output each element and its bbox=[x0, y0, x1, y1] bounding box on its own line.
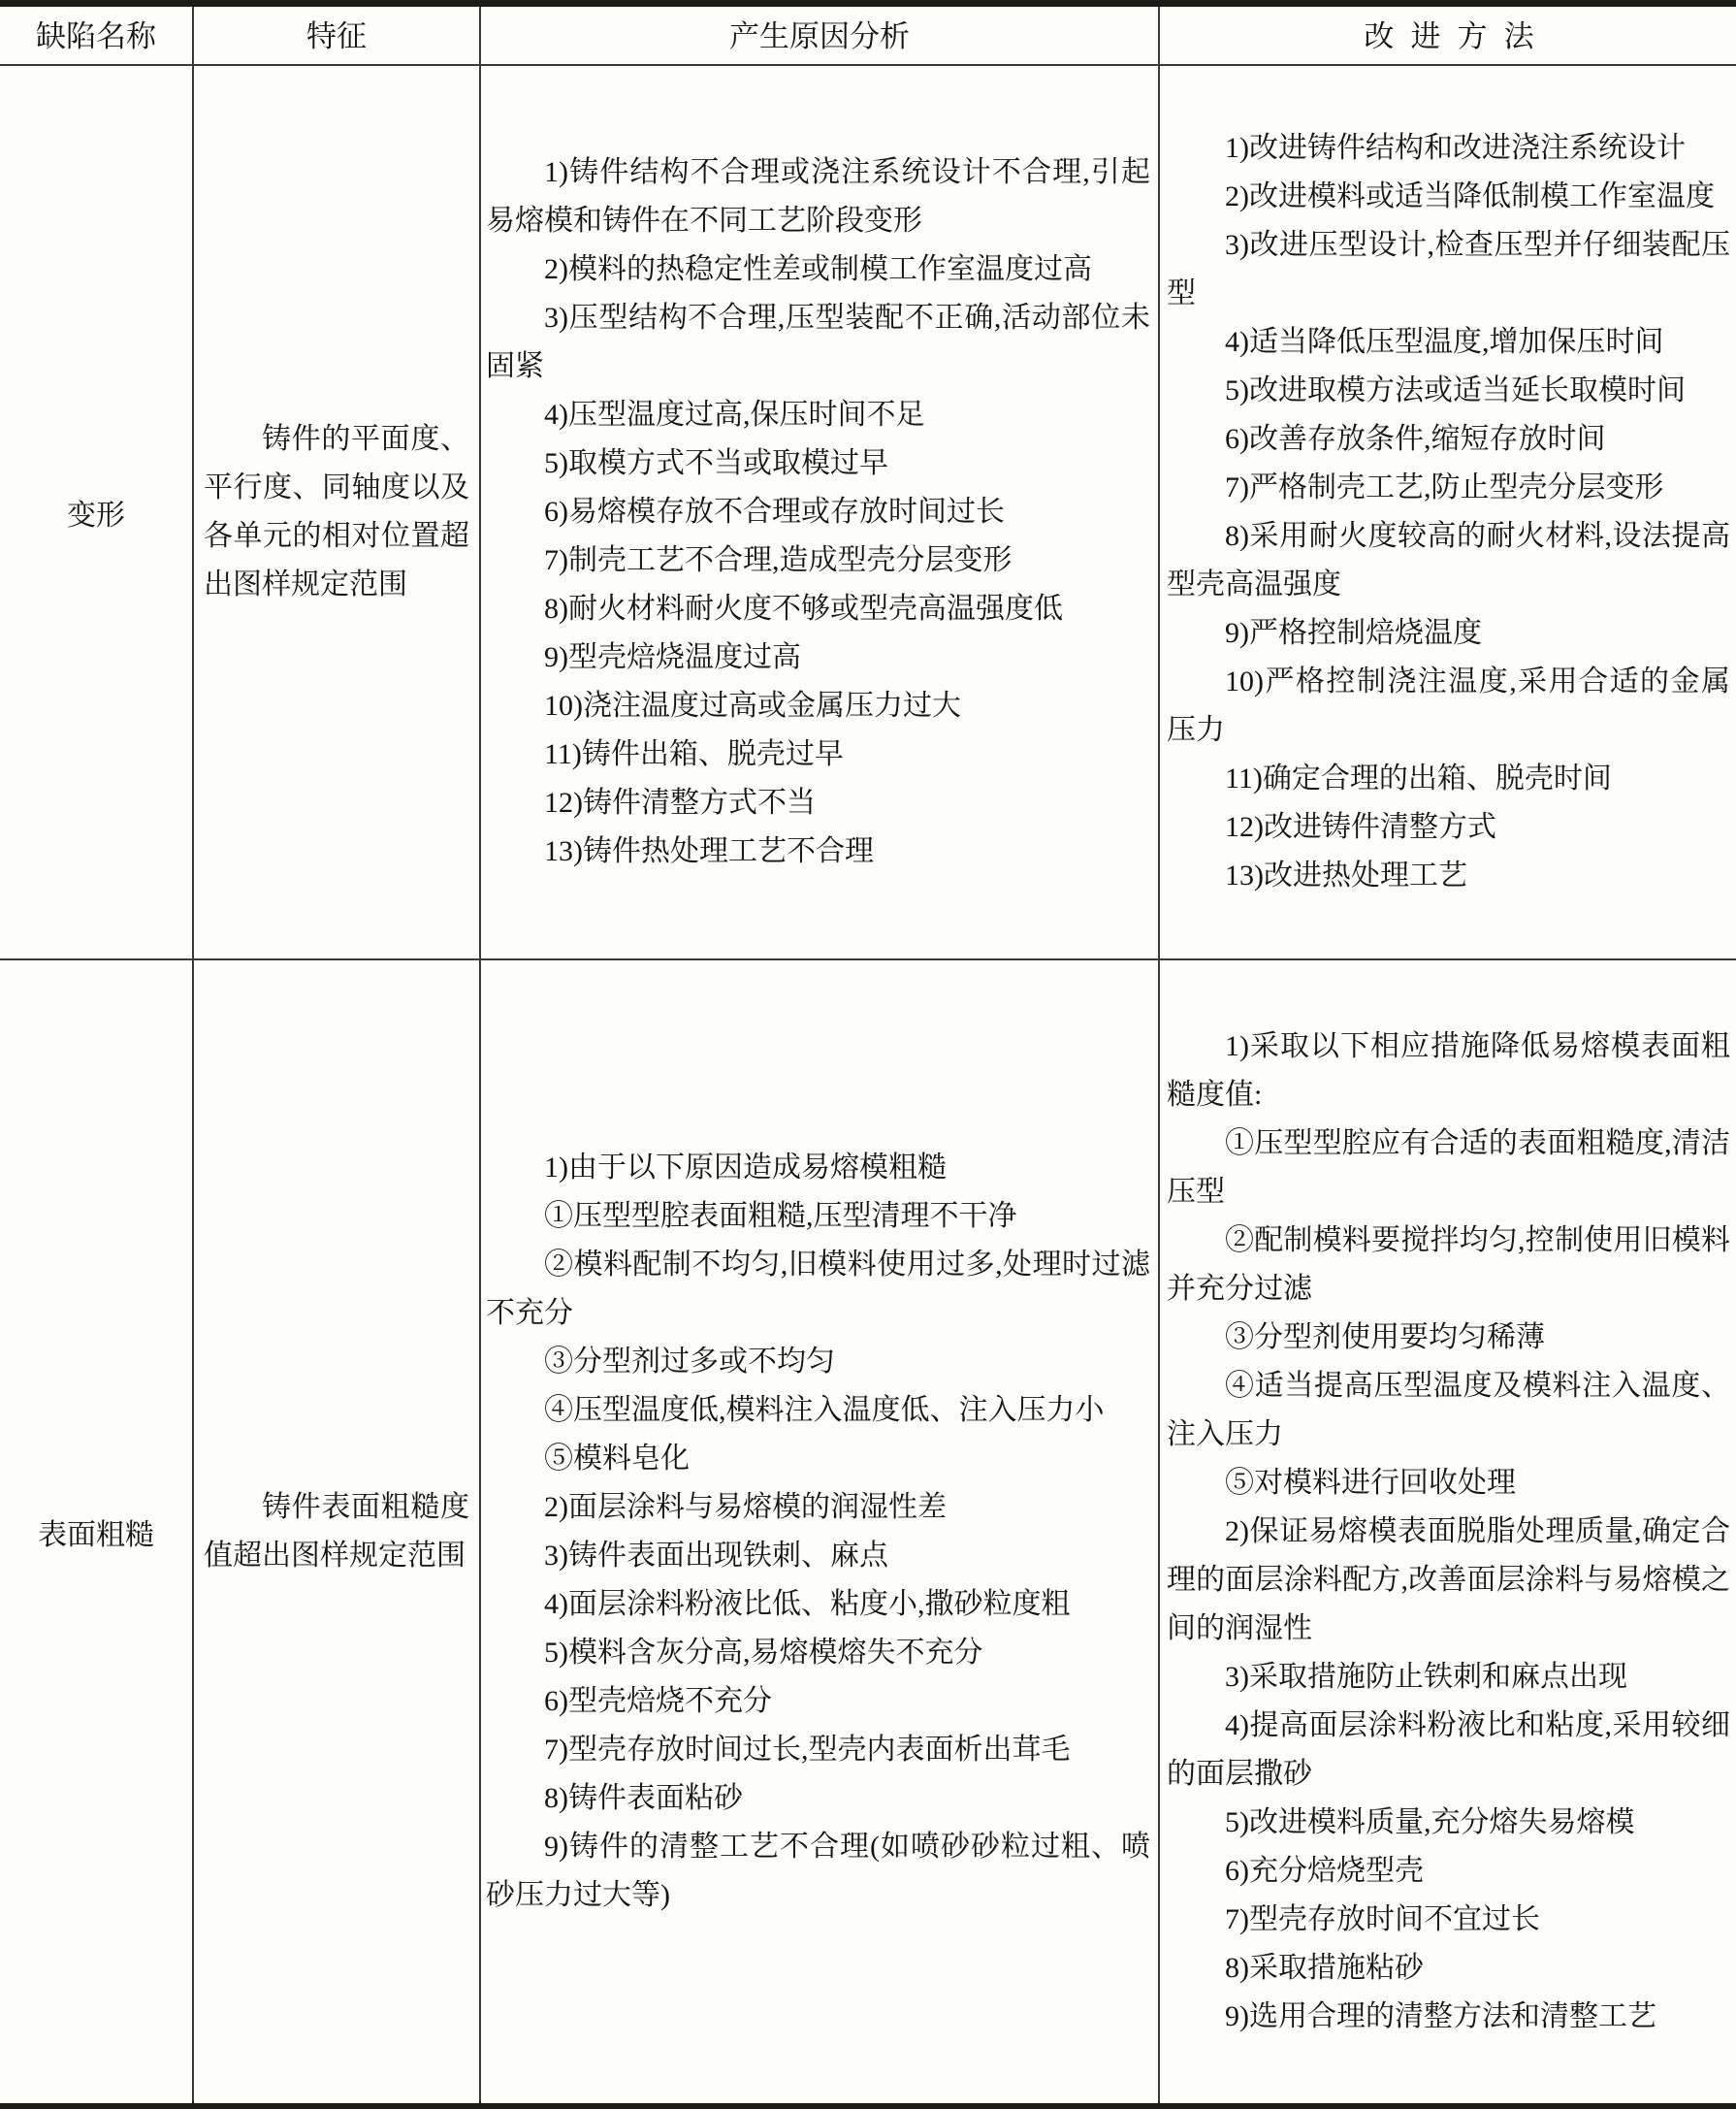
cell-paragraph: ①压型型腔应有合适的表面粗糙度,清洁压型 bbox=[1167, 1119, 1730, 1217]
row-rough-surface-improvements-cell: 1)采取以下相应措施降低易熔模表面粗糙度值:①压型型腔应有合适的表面粗糙度,清洁… bbox=[1160, 960, 1736, 2103]
cell-paragraph: 3)采取措施防止铁刺和麻点出现 bbox=[1167, 1653, 1730, 1702]
header-cause-analysis: 产生原因分析 bbox=[481, 7, 1158, 64]
cell-paragraph: 5)改进模料质量,充分熔失易熔模 bbox=[1167, 1799, 1730, 1847]
cell-paragraph: 6)型壳焙烧不充分 bbox=[486, 1677, 1150, 1726]
cell-paragraph: 8)采用耐火度较高的耐火材料,设法提高型壳高温强度 bbox=[1167, 512, 1730, 609]
row-deformation-name-cell: 变形 bbox=[0, 66, 192, 958]
row-deformation-causes-cell: 1)铸件结构不合理或浇注系统设计不合理,引起易熔模和铸件在不同工艺阶段变形2)模… bbox=[481, 66, 1158, 958]
cell-paragraph: 2)面层涂料与易熔模的润湿性差 bbox=[486, 1483, 1150, 1532]
cell-paragraph: ③分型剂过多或不均匀 bbox=[486, 1338, 1150, 1386]
cell-paragraph: 3)压型结构不合理,压型装配不正确,活动部位未固紧 bbox=[486, 294, 1150, 391]
cell-paragraph: 7)制壳工艺不合理,造成型壳分层变形 bbox=[486, 536, 1150, 585]
row-rough-surface-causes-cell: 1)由于以下原因造成易熔模粗糙①压型型腔表面粗糙,压型清理不干净②模料配制不均匀… bbox=[481, 960, 1158, 2103]
cell-paragraph: 2)改进模料或适当降低制模工作室温度 bbox=[1167, 173, 1730, 221]
header-improvement-label: 改进方法 bbox=[1347, 21, 1550, 51]
defect-name: 表面粗糙 bbox=[38, 1510, 154, 1553]
cell-paragraph: 6)改善存放条件,缩短存放时间 bbox=[1167, 415, 1730, 464]
cell-paragraph: ④压型温度低,模料注入温度低、注入压力小 bbox=[486, 1386, 1150, 1435]
cell-paragraph: 10)严格控制浇注温度,采用合适的金属压力 bbox=[1167, 658, 1730, 755]
cell-paragraph: 7)严格制壳工艺,防止型壳分层变形 bbox=[1167, 464, 1730, 512]
defect-name: 变形 bbox=[67, 491, 125, 534]
cell-paragraph: ②配制模料要搅拌均匀,控制使用旧模料并充分过滤 bbox=[1167, 1217, 1730, 1314]
cell-paragraph: 8)耐火材料耐火度不够或型壳高温强度低 bbox=[486, 585, 1150, 633]
cell-paragraph: 4)压型温度过高,保压时间不足 bbox=[486, 391, 1150, 439]
cell-paragraph: 10)浇注温度过高或金属压力过大 bbox=[486, 682, 1150, 730]
cell-paragraph: 1)铸件结构不合理或浇注系统设计不合理,引起易熔模和铸件在不同工艺阶段变形 bbox=[486, 148, 1150, 245]
cell-paragraph: ①压型型腔表面粗糙,压型清理不干净 bbox=[486, 1192, 1150, 1241]
cell-paragraph: ③分型剂使用要均匀稀薄 bbox=[1167, 1314, 1730, 1362]
row-deformation-improvements-cell: 1)改进铸件结构和改进浇注系统设计2)改进模料或适当降低制模工作室温度3)改进压… bbox=[1160, 66, 1736, 958]
feature-text: 铸件的平面度、平行度、同轴度以及各单元的相对位置超出图样规定范围 bbox=[204, 415, 469, 609]
row-rough-surface-feature-cell: 铸件表面粗糙度值超出图样规定范围 bbox=[194, 960, 479, 2103]
cell-paragraph: 13)改进热处理工艺 bbox=[1167, 852, 1730, 900]
cell-paragraph: 7)型壳存放时间不宜过长 bbox=[1167, 1896, 1730, 1944]
cell-paragraph: 9)严格控制焙烧温度 bbox=[1167, 609, 1730, 658]
cell-paragraph: 3)铸件表面出现铁刺、麻点 bbox=[486, 1532, 1150, 1580]
header-feature-label: 特征 bbox=[306, 21, 367, 51]
cell-paragraph: 9)型壳焙烧温度过高 bbox=[486, 633, 1150, 682]
cell-paragraph: 2)模料的热稳定性差或制模工作室温度过高 bbox=[486, 245, 1150, 294]
cell-paragraph: 8)采取措施粘砂 bbox=[1167, 1944, 1730, 1993]
cell-paragraph: 3)改进压型设计,检查压型并仔细装配压型 bbox=[1167, 221, 1730, 318]
cell-paragraph: ④适当提高压型温度及模料注入温度、注入压力 bbox=[1167, 1362, 1730, 1459]
header-defect-name-label: 缺陷名称 bbox=[36, 21, 156, 51]
header-improvement: 改进方法 bbox=[1160, 7, 1736, 64]
cell-paragraph: 4)适当降低压型温度,增加保压时间 bbox=[1167, 318, 1730, 367]
defects-table: 缺陷名称 特征 产生原因分析 改进方法 变形 铸件的平面度、平行度、同轴度以及各… bbox=[0, 0, 1736, 2109]
cell-paragraph: 9)选用合理的清整方法和清整工艺 bbox=[1167, 1993, 1730, 2041]
cell-paragraph: ⑤对模料进行回收处理 bbox=[1167, 1459, 1730, 1508]
cell-paragraph: 11)铸件出箱、脱壳过早 bbox=[486, 730, 1150, 779]
cell-paragraph: 1)改进铸件结构和改进浇注系统设计 bbox=[1167, 124, 1730, 173]
header-cause-analysis-label: 产生原因分析 bbox=[729, 21, 910, 51]
cell-paragraph: 2)保证易熔模表面脱脂处理质量,确定合理的面层涂料配方,改善面层涂料与易熔模之间… bbox=[1167, 1508, 1730, 1653]
cell-paragraph: ⑤模料皂化 bbox=[486, 1435, 1150, 1483]
cell-paragraph: 1)采取以下相应措施降低易熔模表面粗糙度值: bbox=[1167, 1022, 1730, 1119]
cell-paragraph: 1)由于以下原因造成易熔模粗糙 bbox=[486, 1144, 1150, 1192]
cell-paragraph: 6)充分焙烧型壳 bbox=[1167, 1847, 1730, 1896]
row-deformation-feature-cell: 铸件的平面度、平行度、同轴度以及各单元的相对位置超出图样规定范围 bbox=[194, 66, 479, 958]
cell-paragraph: 11)确定合理的出箱、脱壳时间 bbox=[1167, 755, 1730, 803]
cell-paragraph: 12)铸件清整方式不当 bbox=[486, 779, 1150, 827]
cell-paragraph: ②模料配制不均匀,旧模料使用过多,处理时过滤不充分 bbox=[486, 1241, 1150, 1338]
feature-text: 铸件表面粗糙度值超出图样规定范围 bbox=[204, 1483, 469, 1580]
cell-paragraph: 5)模料含灰分高,易熔模熔失不充分 bbox=[486, 1629, 1150, 1677]
cell-paragraph: 12)改进铸件清整方式 bbox=[1167, 803, 1730, 852]
cell-paragraph: 9)铸件的清整工艺不合理(如喷砂砂粒过粗、喷砂压力过大等) bbox=[486, 1823, 1150, 1920]
header-feature: 特征 bbox=[194, 7, 479, 64]
cell-paragraph: 5)改进取模方法或适当延长取模时间 bbox=[1167, 367, 1730, 415]
row-rough-surface-name-cell: 表面粗糙 bbox=[0, 960, 192, 2103]
cell-paragraph: 4)提高面层涂料粉液比和粘度,采用较细的面层撒砂 bbox=[1167, 1702, 1730, 1799]
cell-paragraph: 6)易熔模存放不合理或存放时间过长 bbox=[486, 488, 1150, 536]
header-defect-name: 缺陷名称 bbox=[0, 7, 192, 64]
cell-paragraph: 13)铸件热处理工艺不合理 bbox=[486, 827, 1150, 876]
cell-paragraph: 7)型壳存放时间过长,型壳内表面析出茸毛 bbox=[486, 1726, 1150, 1774]
cell-paragraph: 8)铸件表面粘砂 bbox=[486, 1774, 1150, 1823]
cell-paragraph: 4)面层涂料粉液比低、粘度小,撒砂粒度粗 bbox=[486, 1580, 1150, 1629]
cell-paragraph: 5)取模方式不当或取模过早 bbox=[486, 439, 1150, 488]
